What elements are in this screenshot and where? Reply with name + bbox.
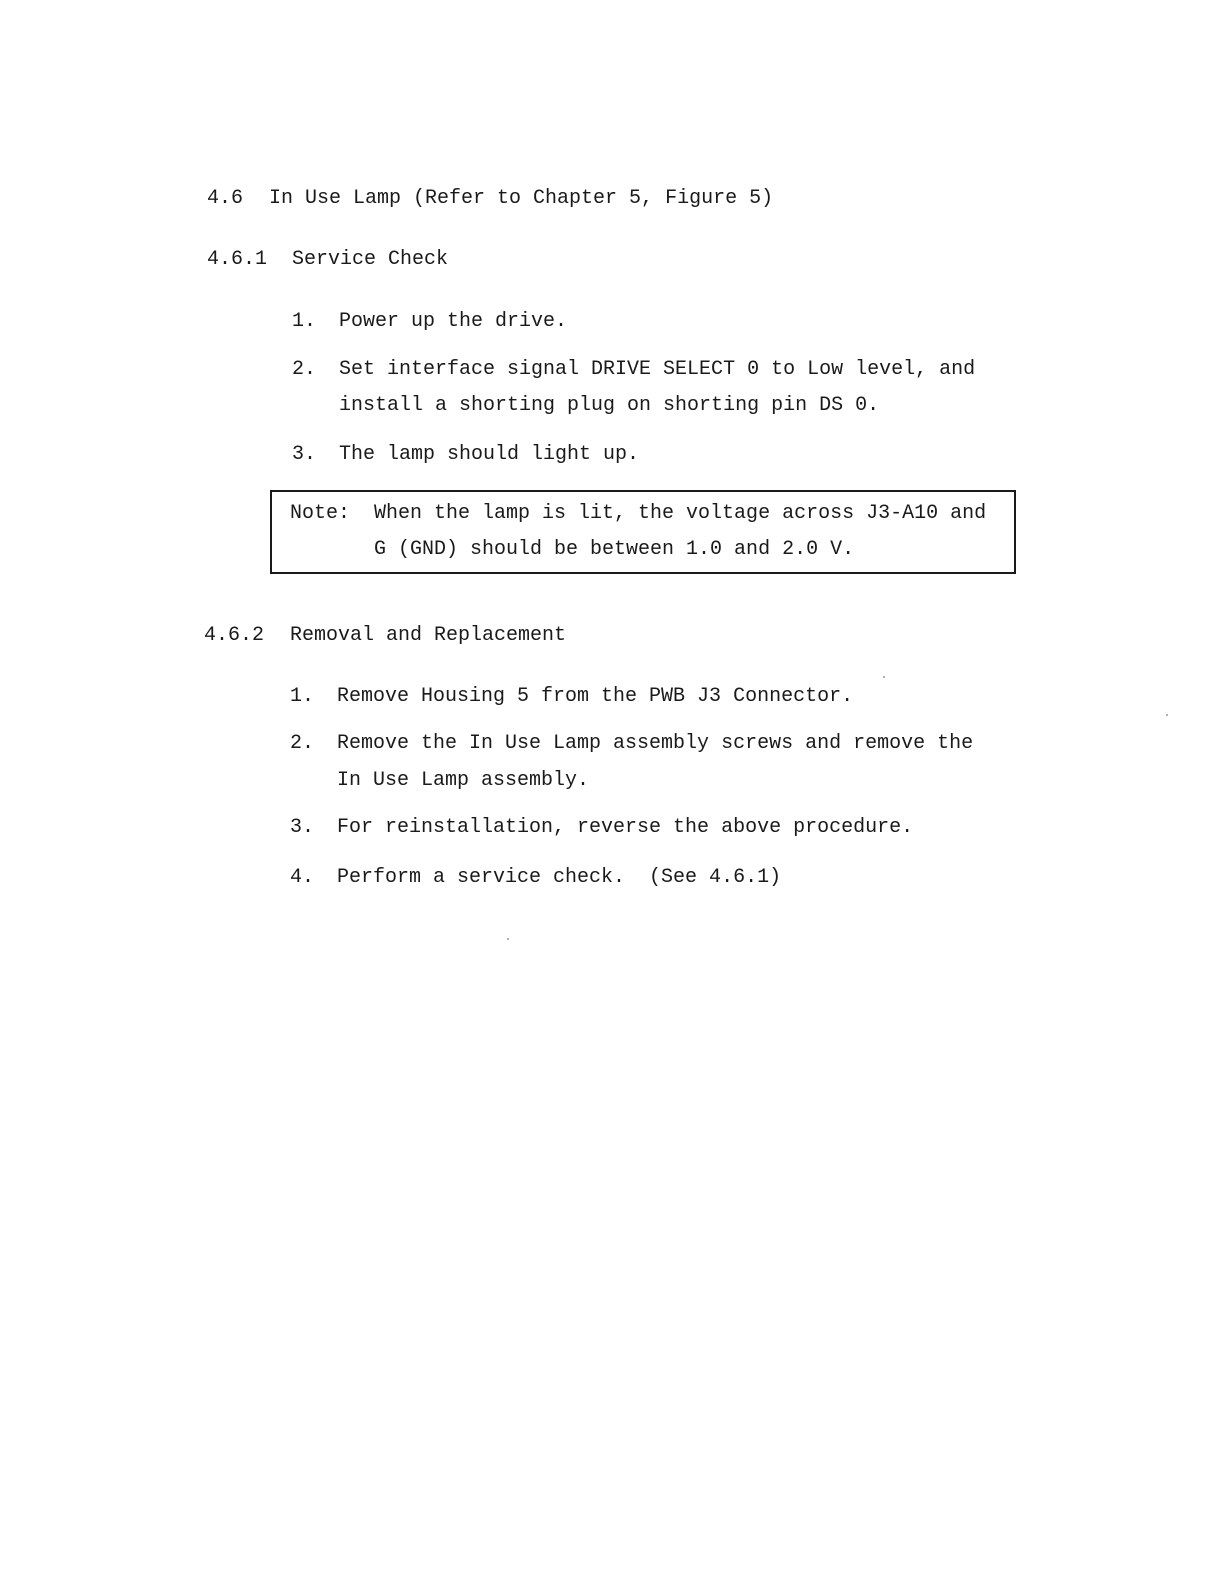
step-text: For reinstallation, reverse the above pr… (337, 816, 913, 840)
scan-speck (883, 676, 885, 678)
subsection-title: Service Check (292, 248, 448, 272)
scan-speck (1166, 714, 1168, 716)
step-number: 4. (290, 866, 314, 890)
note-label: Note: (290, 502, 350, 526)
step-text: Remove Housing 5 from the PWB J3 Connect… (337, 685, 853, 709)
section-title: In Use Lamp (Refer to Chapter 5, Figure … (269, 187, 773, 211)
step-number: 1. (290, 685, 314, 709)
step-number: 1. (292, 310, 316, 334)
step-text: Perform a service check. (See 4.6.1) (337, 866, 781, 890)
step-text: Remove the In Use Lamp assembly screws a… (337, 732, 973, 756)
scan-speck (507, 938, 509, 940)
note-text: When the lamp is lit, the voltage across… (374, 502, 986, 526)
step-number: 2. (290, 732, 314, 756)
step-text: install a shorting plug on shorting pin … (339, 394, 879, 418)
note-text: G (GND) should be between 1.0 and 2.0 V. (374, 538, 854, 562)
step-text: In Use Lamp assembly. (337, 769, 589, 793)
step-number: 3. (292, 443, 316, 467)
step-text: The lamp should light up. (339, 443, 639, 467)
step-number: 2. (292, 358, 316, 382)
step-text: Power up the drive. (339, 310, 567, 334)
subsection-number: 4.6.1 (207, 248, 267, 272)
subsection-title: Removal and Replacement (290, 624, 566, 648)
section-number: 4.6 (207, 187, 243, 211)
step-number: 3. (290, 816, 314, 840)
subsection-number: 4.6.2 (204, 624, 264, 648)
step-text: Set interface signal DRIVE SELECT 0 to L… (339, 358, 975, 382)
